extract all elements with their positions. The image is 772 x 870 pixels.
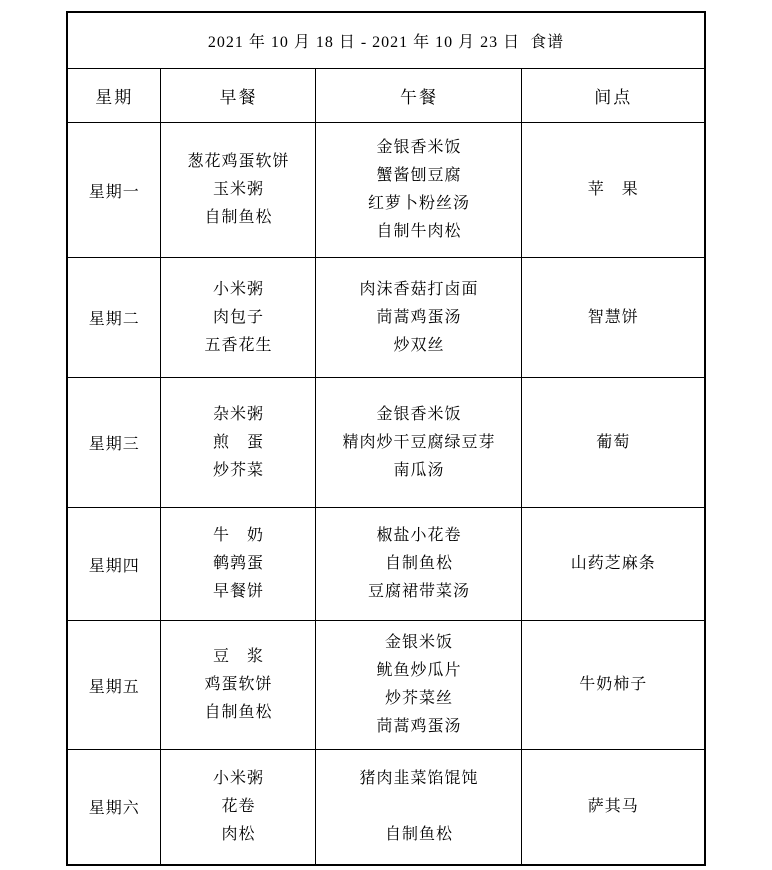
snack-cell: 萨其马 [522,750,705,865]
menu-item-line: 小米粥 [161,276,315,304]
menu-item-line: 牛 奶 [161,522,315,550]
day-cell: 星期四 [67,508,161,621]
column-header-day: 星期 [67,69,161,123]
menu-item-line: 炒芥菜丝 [316,685,521,713]
column-header-lunch: 午餐 [316,69,522,123]
column-header-snack: 间点 [522,69,705,123]
day-cell: 星期二 [67,258,161,378]
day-cell: 星期一 [67,123,161,258]
menu-item-line: 自制牛肉松 [316,218,521,246]
snack-cell: 智慧饼 [522,258,705,378]
menu-item-line: 杂米粥 [161,401,315,429]
menu-item-line: 肉沫香菇打卤面 [316,276,521,304]
menu-item-line: 猪肉韭菜馅馄饨 [316,765,521,793]
menu-item-line: 精肉炒干豆腐绿豆芽 [316,429,521,457]
menu-item-line: 椒盐小花卷 [316,522,521,550]
menu-item-line: 鹌鹑蛋 [161,550,315,578]
lunch-cell: 金银香米饭蟹酱刨豆腐红萝卜粉丝汤自制牛肉松 [316,123,522,258]
menu-item-line: 自制鱼松 [161,204,315,232]
menu-item-line [316,793,521,821]
menu-item-line: 炒芥菜 [161,457,315,485]
day-cell: 星期三 [67,378,161,508]
menu-item-line: 红萝卜粉丝汤 [316,190,521,218]
breakfast-cell: 小米粥花卷肉松 [161,750,316,865]
menu-item-line: 牛奶柿子 [522,671,704,699]
table-row: 星期四牛 奶鹌鹑蛋早餐饼椒盐小花卷自制鱼松豆腐裙带菜汤山药芝麻条 [67,508,705,621]
header-row: 星期 早餐 午餐 间点 [67,69,705,123]
day-cell: 星期六 [67,750,161,865]
table-row: 星期三杂米粥煎 蛋炒芥菜金银香米饭精肉炒干豆腐绿豆芽南瓜汤葡萄 [67,378,705,508]
snack-cell: 山药芝麻条 [522,508,705,621]
lunch-cell: 金银香米饭精肉炒干豆腐绿豆芽南瓜汤 [316,378,522,508]
menu-item-line: 金银香米饭 [316,134,521,162]
menu-item-line: 鸡蛋软饼 [161,671,315,699]
menu-item-line: 自制鱼松 [161,699,315,727]
menu-item-line: 鱿鱼炒瓜片 [316,657,521,685]
menu-item-line: 自制鱼松 [316,821,521,849]
lunch-cell: 猪肉韭菜馅馄饨 自制鱼松 [316,750,522,865]
snack-cell: 苹 果 [522,123,705,258]
menu-item-line: 金银米饭 [316,629,521,657]
breakfast-cell: 葱花鸡蛋软饼玉米粥自制鱼松 [161,123,316,258]
menu-item-line: 山药芝麻条 [522,550,704,578]
menu-item-line: 自制鱼松 [316,550,521,578]
breakfast-cell: 豆 浆鸡蛋软饼自制鱼松 [161,621,316,750]
menu-item-line: 炒双丝 [316,332,521,360]
menu-item-line: 葡萄 [522,429,704,457]
title-row: 2021 年 10 月 18 日 - 2021 年 10 月 23 日 食谱 [67,12,705,69]
table-row: 星期五豆 浆鸡蛋软饼自制鱼松金银米饭鱿鱼炒瓜片炒芥菜丝茼蒿鸡蛋汤牛奶柿子 [67,621,705,750]
table-row: 星期一葱花鸡蛋软饼玉米粥自制鱼松金银香米饭蟹酱刨豆腐红萝卜粉丝汤自制牛肉松苹 果 [67,123,705,258]
table-row: 星期六小米粥花卷肉松猪肉韭菜馅馄饨 自制鱼松萨其马 [67,750,705,865]
menu-table: 2021 年 10 月 18 日 - 2021 年 10 月 23 日 食谱 星… [66,11,706,866]
menu-item-line: 玉米粥 [161,176,315,204]
lunch-cell: 肉沫香菇打卤面茼蒿鸡蛋汤炒双丝 [316,258,522,378]
menu-item-line: 肉包子 [161,304,315,332]
snack-cell: 牛奶柿子 [522,621,705,750]
menu-item-line: 南瓜汤 [316,457,521,485]
menu-item-line: 五香花生 [161,332,315,360]
menu-item-line: 智慧饼 [522,304,704,332]
menu-item-line: 茼蒿鸡蛋汤 [316,713,521,741]
menu-item-line: 花卷 [161,793,315,821]
page-title: 2021 年 10 月 18 日 - 2021 年 10 月 23 日 食谱 [67,12,705,69]
menu-table-body: 星期一葱花鸡蛋软饼玉米粥自制鱼松金银香米饭蟹酱刨豆腐红萝卜粉丝汤自制牛肉松苹 果… [67,123,705,865]
menu-item-line: 豆腐裙带菜汤 [316,578,521,606]
menu-item-line: 茼蒿鸡蛋汤 [316,304,521,332]
lunch-cell: 椒盐小花卷自制鱼松豆腐裙带菜汤 [316,508,522,621]
breakfast-cell: 牛 奶鹌鹑蛋早餐饼 [161,508,316,621]
menu-item-line: 蟹酱刨豆腐 [316,162,521,190]
menu-item-line: 小米粥 [161,765,315,793]
menu-item-line: 葱花鸡蛋软饼 [161,148,315,176]
menu-item-line: 早餐饼 [161,578,315,606]
menu-item-line: 萨其马 [522,793,704,821]
lunch-cell: 金银米饭鱿鱼炒瓜片炒芥菜丝茼蒿鸡蛋汤 [316,621,522,750]
menu-item-line: 苹 果 [522,176,704,204]
menu-item-line: 煎 蛋 [161,429,315,457]
menu-item-line: 豆 浆 [161,643,315,671]
breakfast-cell: 杂米粥煎 蛋炒芥菜 [161,378,316,508]
menu-item-line: 肉松 [161,821,315,849]
snack-cell: 葡萄 [522,378,705,508]
table-row: 星期二小米粥肉包子五香花生肉沫香菇打卤面茼蒿鸡蛋汤炒双丝智慧饼 [67,258,705,378]
column-header-breakfast: 早餐 [161,69,316,123]
menu-item-line: 金银香米饭 [316,401,521,429]
breakfast-cell: 小米粥肉包子五香花生 [161,258,316,378]
day-cell: 星期五 [67,621,161,750]
